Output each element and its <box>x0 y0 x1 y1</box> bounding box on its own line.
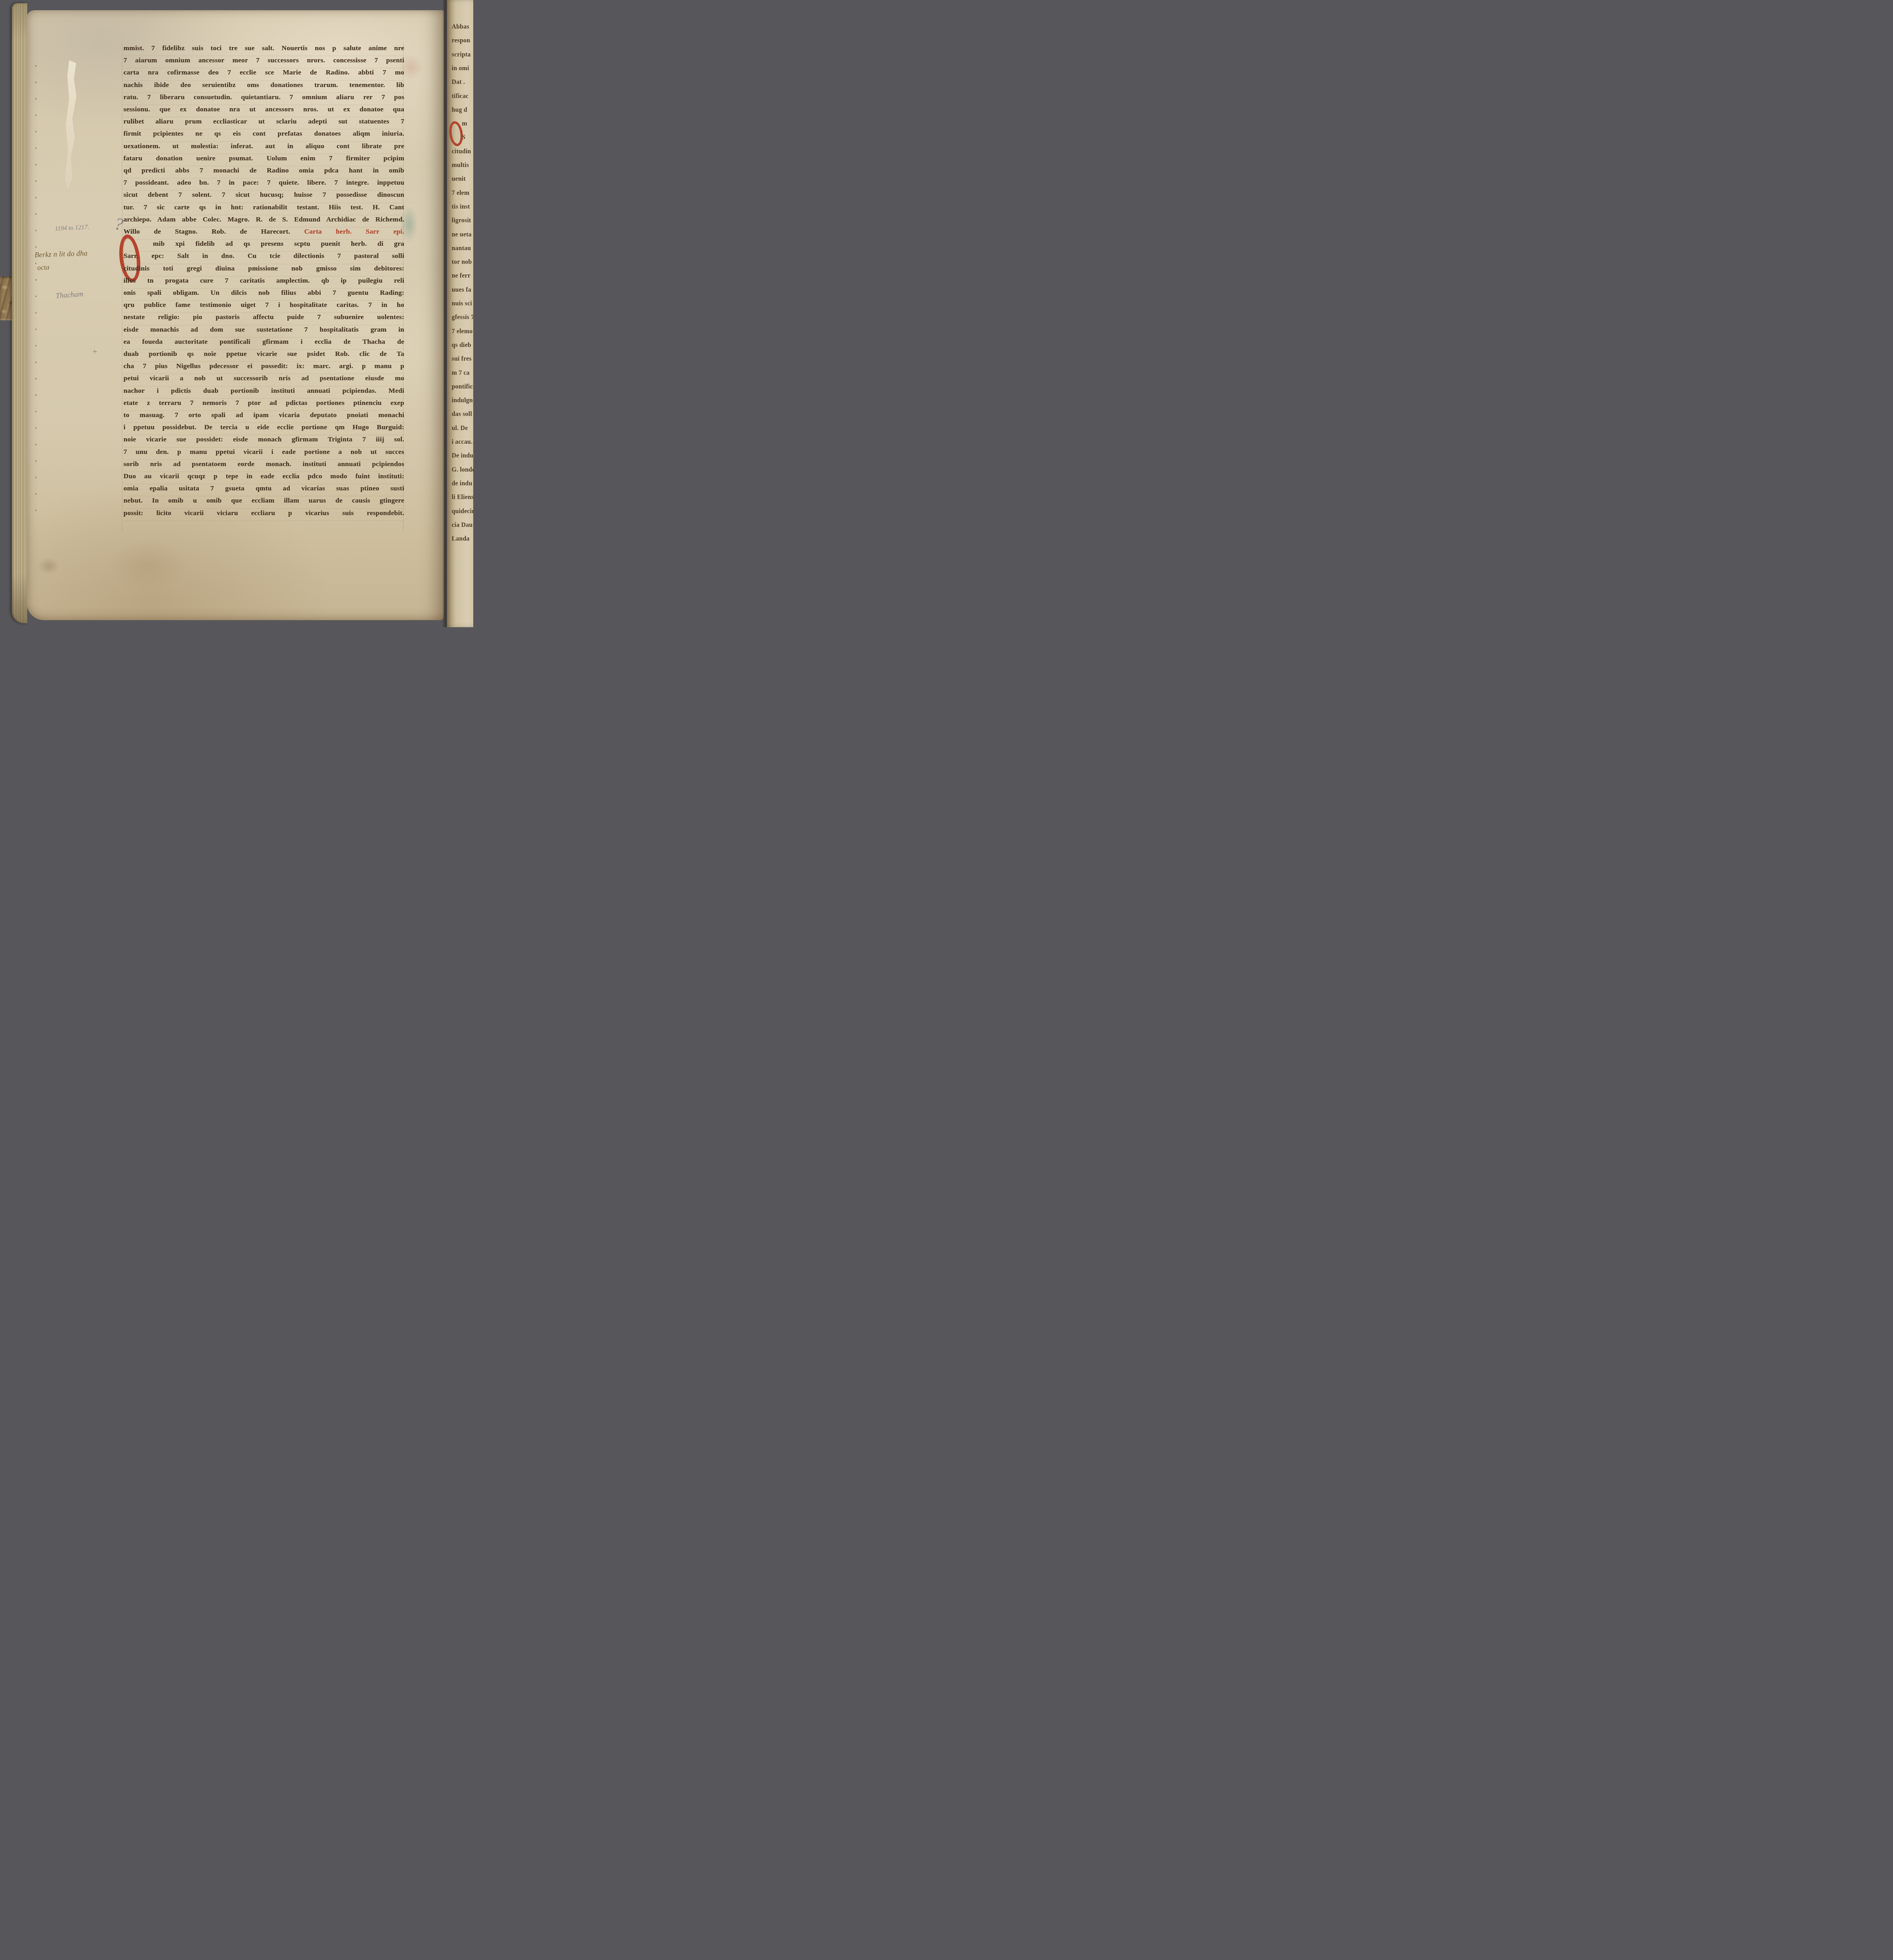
prick-hole <box>35 296 36 297</box>
charter-line: ratu. 7 liberaru consuetudin. quietantia… <box>124 93 404 105</box>
margin-cross-mark: + <box>92 347 98 357</box>
charter-line: eisde monachis ad dom sue sustetatione 7… <box>124 325 404 338</box>
facing-line-fragment: pontifica <box>452 383 473 397</box>
charter-line: illos tn progata cure 7 caritatis amplec… <box>124 276 404 289</box>
prick-hole <box>35 82 36 83</box>
facing-line-fragment: uues fa <box>452 287 471 300</box>
charter-line: Duo au vicarii qcuqz p tepe in eade eccl… <box>124 472 404 484</box>
prick-hole <box>35 510 36 511</box>
facing-page-sliver: Abbasresponscriptain omiDat .tificachug … <box>447 0 473 627</box>
manuscript-photo: 1194 to 1217. ? Berkz n lit do dha octa … <box>0 0 473 627</box>
prick-hole <box>35 230 36 231</box>
facing-line-fragment: in omi <box>452 65 469 79</box>
charter-line: Sarr. epc: Salt in dno. Cu tcie dilectio… <box>124 252 404 264</box>
prick-hole <box>35 361 36 363</box>
prick-hole <box>35 131 36 132</box>
facing-line-fragment: Landa <box>452 535 469 549</box>
charter-line: nachor i pdictis duab portionib institut… <box>124 387 404 399</box>
charter-line: possit: licito vicarii viciaru eccliaru … <box>124 509 404 521</box>
facing-line-fragment: 7 elem <box>452 190 469 203</box>
prick-hole <box>35 65 36 67</box>
prick-hole <box>35 246 36 248</box>
charter-line: to masuag. 7 orto spali ad ipam vicaria … <box>124 411 404 423</box>
facing-line-fragment: tor nob <box>452 259 472 272</box>
facing-line-fragment: m <box>452 120 467 134</box>
prick-hole <box>35 427 36 429</box>
prick-hole <box>35 394 36 396</box>
charter-line: firmit pcipientes ne qs eis cont prefata… <box>124 129 404 142</box>
prick-hole <box>35 213 36 215</box>
facing-line-fragment: quidecim <box>452 508 473 522</box>
charter-line: citudinis toti gregi diuina pmissione no… <box>124 264 404 276</box>
manuscript-page: 1194 to 1217. ? Berkz n lit do dha octa … <box>27 10 444 620</box>
charter-line: nestate religio: pio pastoris affectu pu… <box>124 313 404 325</box>
charter-line: i ppetuu possidebut. De tercia u eide ec… <box>124 423 404 435</box>
charter-line: carta nra cofirmasse deo 7 ecclie sce Ma… <box>124 68 404 80</box>
facing-line-fragment: respon <box>452 37 470 51</box>
charter-line: nachis ibide deo seruientibz oms donatio… <box>124 81 404 93</box>
charter-line: qd predicti abbs 7 monachi de Radino omi… <box>124 166 404 178</box>
facing-line-fragment: Dat . <box>452 79 465 93</box>
charter-line: Willo de Stagno. Rob. de Harecort. Carta… <box>124 227 404 240</box>
prick-hole <box>35 493 36 495</box>
facing-line-fragment: hug d <box>452 107 467 120</box>
facing-line-fragment: nuis sci <box>452 300 472 314</box>
charter-line: 7 unu den. p manu ppetui vicarii i eade … <box>124 448 404 460</box>
charter-line: omia epalia usitata 7 gsueta qmtu ad vic… <box>124 484 404 496</box>
prick-hole <box>35 312 36 314</box>
facing-line-fragment: tis inst <box>452 203 470 217</box>
parchment-repair-seam <box>64 60 79 190</box>
ruling-line-left <box>122 42 122 532</box>
rubric-text: Carta herb. Sarr epi. <box>304 227 404 235</box>
charter-line: duab portionib qs noie ppetue vicarie su… <box>124 350 404 362</box>
charter-line: ea foueda auctoritate pontificali gfirma… <box>124 338 404 350</box>
charter-line: etate z terraru 7 nemoris 7 ptor ad pdic… <box>124 399 404 411</box>
charter-line: sicut debent 7 solent. 7 sicut hucusq; h… <box>124 191 404 203</box>
prick-hole <box>35 328 36 330</box>
margin-place-note: Thacham <box>55 290 84 301</box>
prick-hole <box>35 279 36 281</box>
dark-stain <box>38 557 60 575</box>
facing-line-fragment: 7 elemo <box>452 328 472 342</box>
charter-line: mib xpi fidelib ad qs presens scptu puen… <box>124 240 404 252</box>
prick-hole <box>35 477 36 478</box>
charter-line: rulibet aliaru prum eccliasticar ut scla… <box>124 117 404 129</box>
margin-ink-note-line2: octa <box>37 263 49 272</box>
prick-hole <box>35 460 36 462</box>
charter-line: cha 7 pius Nigellus pdecessor ei possedi… <box>124 362 404 374</box>
prick-hole <box>35 263 36 264</box>
charter-line: archiepo. Adam abbe Colec. Magro. R. de … <box>124 215 404 227</box>
prick-hole <box>35 444 36 445</box>
charter-line: onis spali obligam. Un dilcis nob filius… <box>124 289 404 301</box>
facing-line-fragment: uenit <box>452 176 466 189</box>
prick-hole <box>35 411 36 412</box>
prick-hole <box>35 197 36 198</box>
page-edge-stack <box>12 3 27 623</box>
facing-line-fragment: sui fres <box>452 356 472 369</box>
bottom-stain <box>109 539 187 590</box>
charter-line: uexationem. ut molestia: inferat. aut in… <box>124 142 404 154</box>
prick-hole <box>35 378 36 379</box>
charter-line: tur. 7 sic carte qs in hnt: rationabilit… <box>124 203 404 215</box>
prick-hole <box>35 114 36 116</box>
facing-line-fragment: i accau. <box>452 439 472 452</box>
facing-line-fragment: ne ferr <box>452 272 471 286</box>
facing-line-fragment: ligrosit <box>452 217 471 231</box>
facing-line-fragment: qs dieb <box>452 342 471 356</box>
charter-line: 7 possideant. adeo bn. 7 in pace: 7 quie… <box>124 178 404 191</box>
facing-line-fragment: citudin <box>452 148 471 162</box>
facing-line-fragment: scripta <box>452 51 471 65</box>
facing-line-fragment: multis <box>452 162 469 176</box>
facing-line-fragment: de indu <box>452 480 472 494</box>
prick-hole <box>35 98 36 100</box>
facing-line-fragment: tificac <box>452 93 469 107</box>
facing-line-fragment: ne ueta <box>452 231 472 245</box>
prick-hole <box>35 147 36 149</box>
facing-line-fragment: S <box>452 134 465 148</box>
prick-hole <box>35 164 36 165</box>
margin-ink-note-line1: Berkz n lit do dha <box>35 249 88 260</box>
prick-hole <box>35 345 36 347</box>
facing-line-fragment: ul. De <box>452 425 468 439</box>
facing-line-fragment: m 7 ca <box>452 370 470 383</box>
charter-line: mmist. 7 fidelibz suis toci tre sue salt… <box>124 44 404 56</box>
margin-query-mark: ? <box>113 214 125 235</box>
charter-line: qru publice fame testimonio uiget 7 i ho… <box>124 301 404 313</box>
charter-line: sessionu. que ex donatoe nra ut ancessor… <box>124 105 404 117</box>
facing-line-fragment: indulgn <box>452 397 473 411</box>
charter-line: noie vicarie sue possidet: eisde monach … <box>124 435 404 447</box>
facing-line-fragment: das soll <box>452 411 472 425</box>
charter-line: petui vicarii a nob ut successorib nris … <box>124 374 404 386</box>
facing-line-fragment: nantau <box>452 245 471 259</box>
facing-line-fragment: gfessis 7 <box>452 314 473 328</box>
facing-line-fragment: Abbas <box>452 24 469 37</box>
charter-line: fataru donation uenire psumat. Uolum eni… <box>124 154 404 166</box>
prick-hole <box>35 180 36 182</box>
charter-line: 7 aiarum omnium ancessor meor 7 successo… <box>124 56 404 68</box>
charter-line: sorib nris ad psentatoem eorde monach. i… <box>124 460 404 472</box>
margin-date-note: 1194 to 1217. <box>55 224 89 233</box>
facing-line-fragment: G. londo <box>452 466 473 480</box>
facing-line-fragment: li Eliens <box>452 494 473 508</box>
charter-line: nebut. In omib u omib que eccliam illam … <box>124 496 404 508</box>
facing-line-fragment: De indu <box>452 452 473 466</box>
facing-line-fragment: cia Dau <box>452 522 472 535</box>
